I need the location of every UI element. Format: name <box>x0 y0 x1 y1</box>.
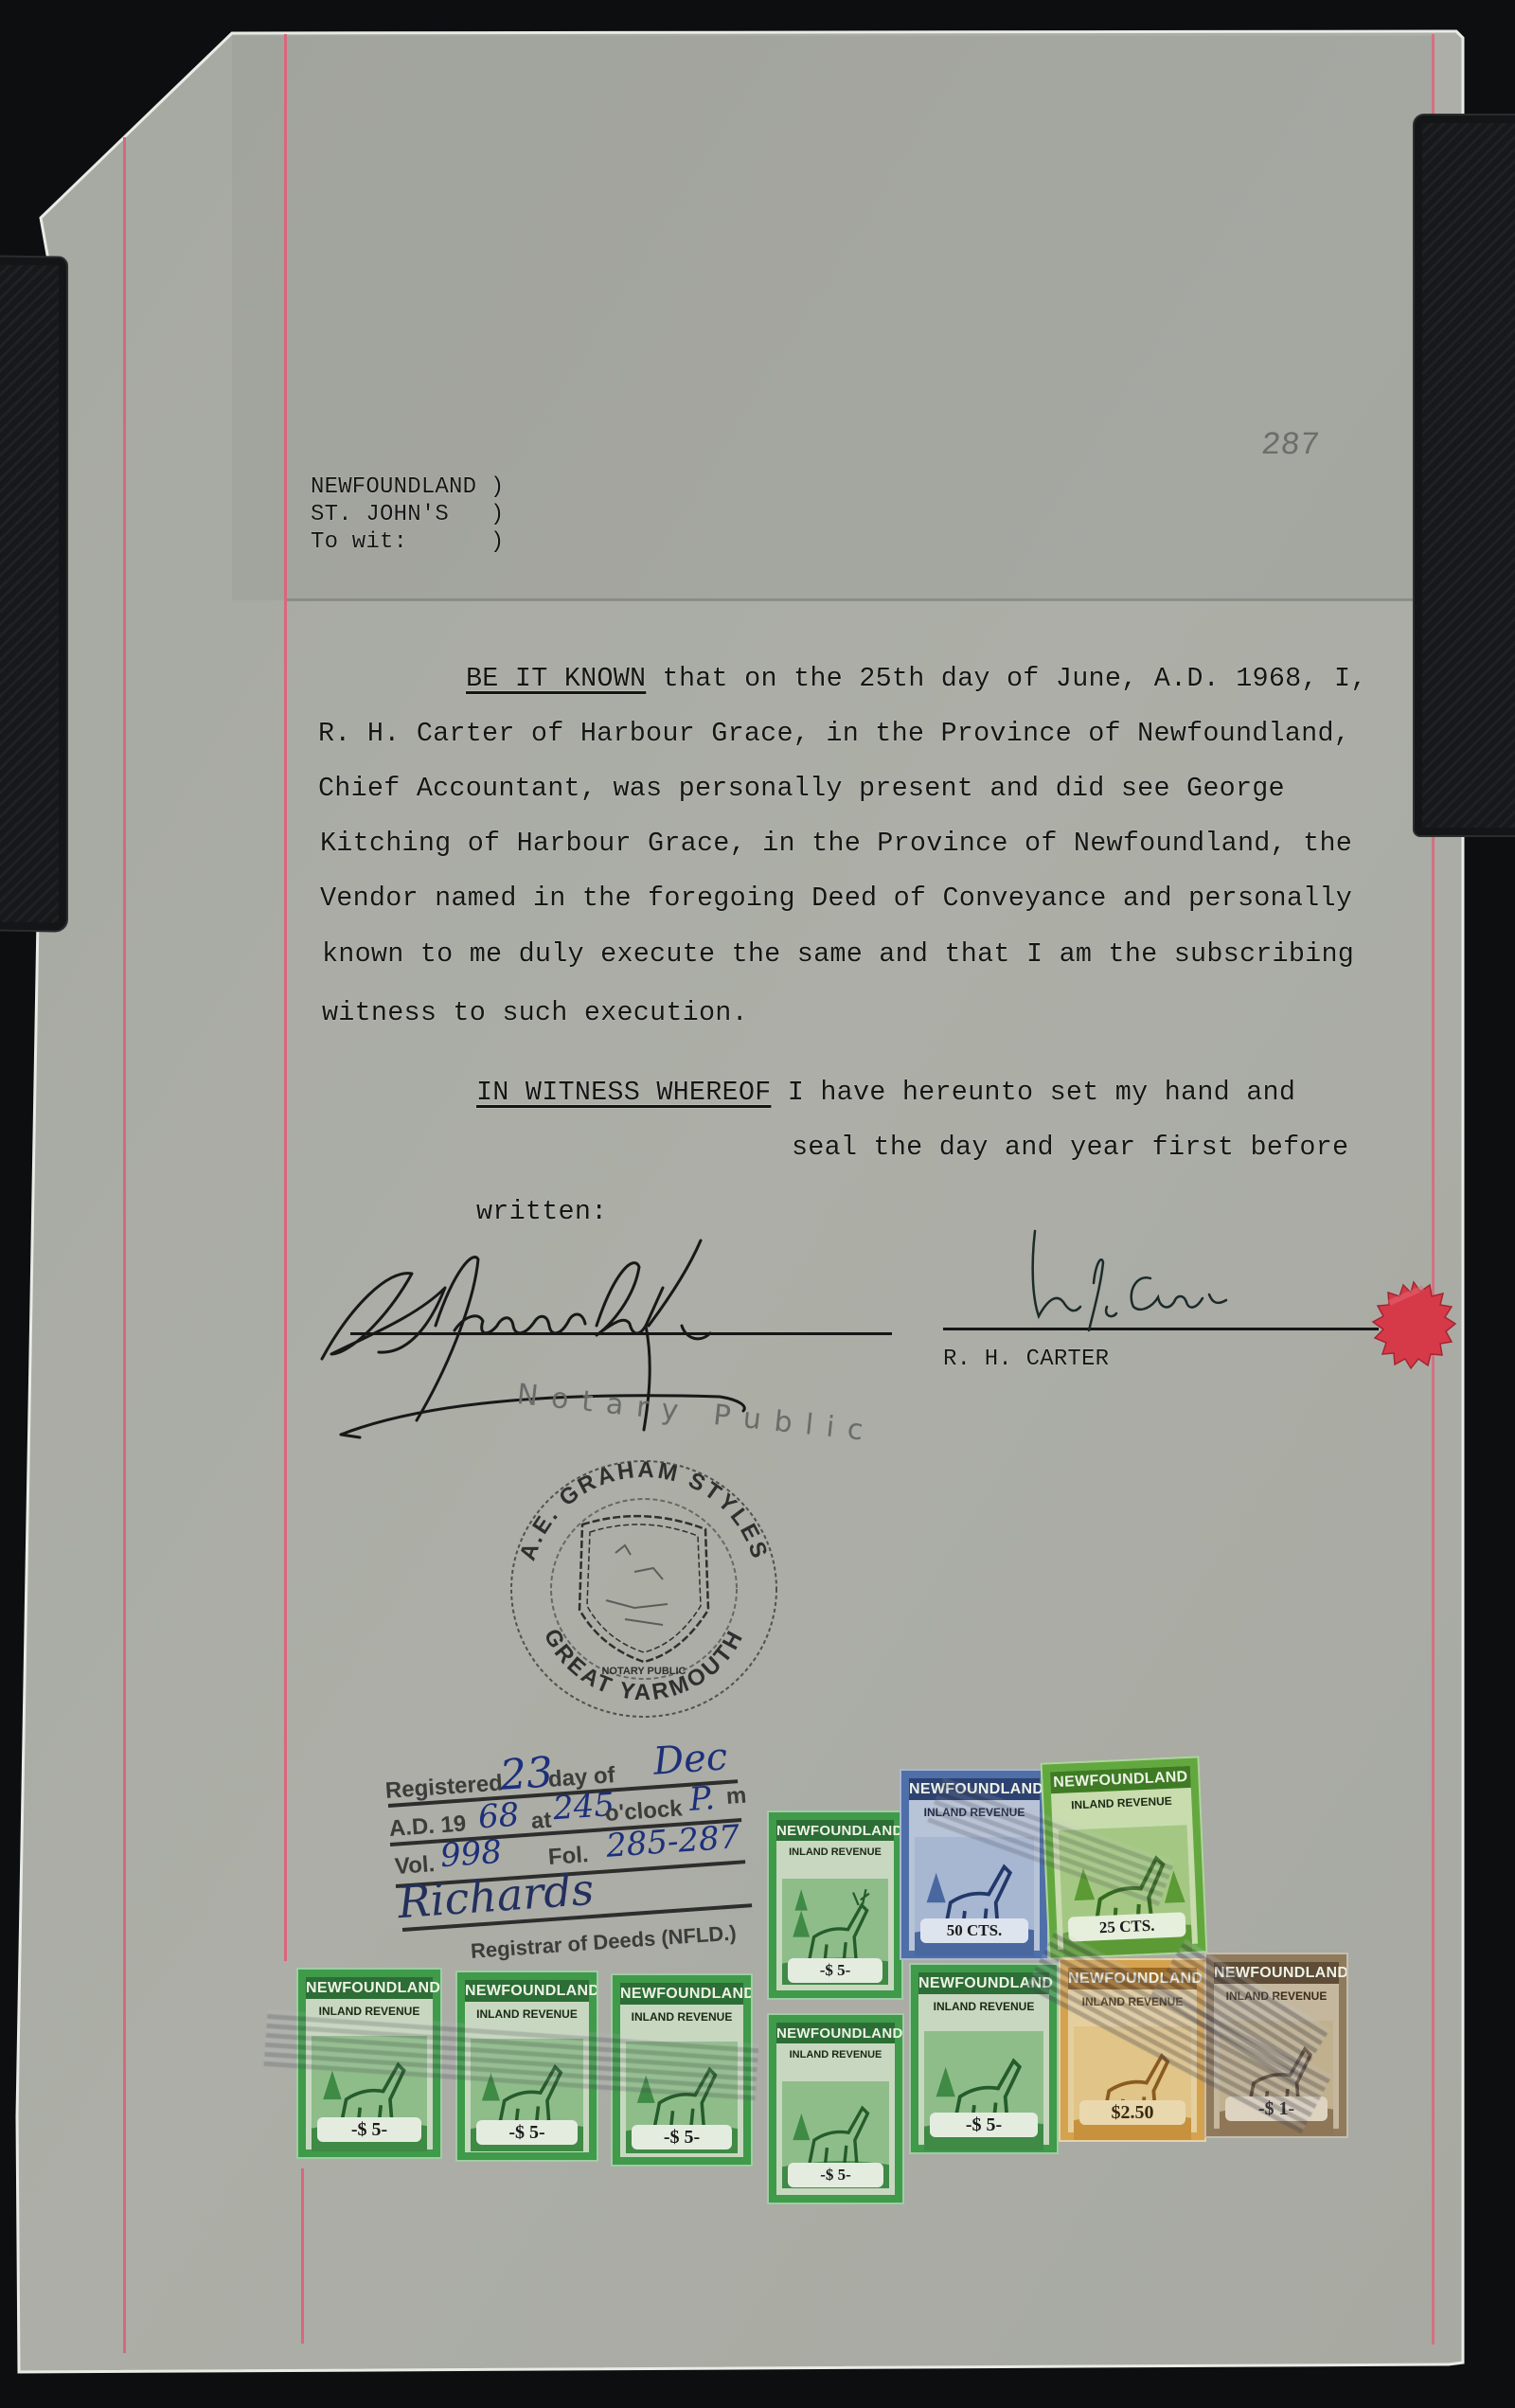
stamp-country: NEWFOUNDLAND <box>306 1977 433 1999</box>
stamp-country: NEWFOUNDLAND <box>620 1983 743 2005</box>
stamp-subtitle: INLAND REVENUE <box>776 2049 895 2060</box>
jurisdiction-line: To wit: ) <box>311 529 504 555</box>
binder-clip-right <box>1413 114 1515 837</box>
body-line: Chief Accountant, was personally present… <box>318 773 1285 804</box>
page-number: 287 <box>1259 428 1321 464</box>
stamp-country: NEWFOUNDLAND <box>776 1820 894 1841</box>
binder-clip-left <box>0 255 68 932</box>
fold-line <box>284 598 1435 601</box>
registered-meridiem: P. <box>688 1779 717 1819</box>
body-line: Kitching of Harbour Grace, in the Provin… <box>320 828 1352 859</box>
revenue-stamp: NEWFOUNDLAND INLAND REVENUE -$ 5- <box>767 1810 903 2000</box>
body-line: Vendor named in the foregoing Deed of Co… <box>320 883 1352 914</box>
witness-line-1: IN WITNESS WHEREOF I have hereunto set m… <box>476 1077 1295 1108</box>
stamp-value: -$ 5- <box>476 2120 578 2145</box>
stamp-value: 25 CTS. <box>1068 1912 1186 1941</box>
stamp-subtitle: INLAND REVENUE <box>918 2000 1049 2013</box>
stamp-subtitle: INLAND REVENUE <box>1051 1793 1191 1812</box>
red-seal <box>1368 1280 1459 1371</box>
notary-seal-inner-text: NOTARY PUBLIC <box>601 1666 686 1677</box>
revenue-stamp: NEWFOUNDLAND INLAND REVENUE -$ 5- <box>767 2013 904 2204</box>
jurisdiction-line: ST. JOHN'S ) <box>311 502 504 527</box>
be-it-known-heading: BE IT KNOWN <box>466 663 646 694</box>
stamp-subtitle: INLAND REVENUE <box>465 2007 589 2021</box>
stamp-value: -$ 5- <box>317 2117 421 2142</box>
notary-embossed-seal: A.E. GRAHAM STYLES GREAT YARMOUTH NOTARY… <box>492 1449 795 1723</box>
stamp-subtitle: INLAND REVENUE <box>776 1846 894 1858</box>
jurisdiction-line: NEWFOUNDLAND ) <box>311 474 504 500</box>
stamp-value: -$ 5- <box>930 2113 1038 2137</box>
stamp-value: -$ 5- <box>788 1958 882 1983</box>
body-line: R. H. Carter of Harbour Grace, in the Pr… <box>318 718 1350 749</box>
m-label: m <box>725 1783 747 1810</box>
registered-year: 68 <box>477 1796 521 1837</box>
svg-text:A.E. GRAHAM STYLES: A.E. GRAHAM STYLES <box>515 1457 774 1564</box>
stamp-country: NEWFOUNDLAND <box>776 2023 895 2043</box>
stamp-value: -$ 5- <box>632 2125 732 2149</box>
witness-line-2: seal the day and year first before <box>792 1132 1348 1163</box>
body-line-1: BE IT KNOWN that on the 25th day of June… <box>466 663 1367 694</box>
registered-month: Dec <box>651 1735 728 1783</box>
witness-line-3: written: <box>476 1196 607 1227</box>
stamp-subtitle: INLAND REVENUE <box>620 2010 743 2024</box>
body-line: witness to such execution. <box>322 997 748 1028</box>
stamp-value: -$ 5- <box>788 2163 883 2187</box>
margin-line-left-outer <box>123 137 126 2353</box>
margin-line-left-inner-lower <box>301 2168 304 2344</box>
in-witness-whereof-heading: IN WITNESS WHEREOF <box>476 1077 771 1108</box>
body-line: known to me duly execute the same and th… <box>322 938 1354 970</box>
notary-seal-top-text: A.E. GRAHAM STYLES <box>515 1457 774 1564</box>
witness-signature <box>1027 1226 1236 1340</box>
margin-line-left-inner <box>284 34 287 1961</box>
stamp-value: $2.50 <box>1079 2100 1185 2125</box>
witness-typed-name: R. H. CARTER <box>943 1347 1109 1372</box>
stamp-country: NEWFOUNDLAND <box>465 1980 589 2002</box>
stamp-value: 50 CTS. <box>920 1918 1028 1943</box>
registered-vol: 998 <box>439 1833 504 1875</box>
stamp-country: NEWFOUNDLAND <box>1050 1766 1191 1793</box>
